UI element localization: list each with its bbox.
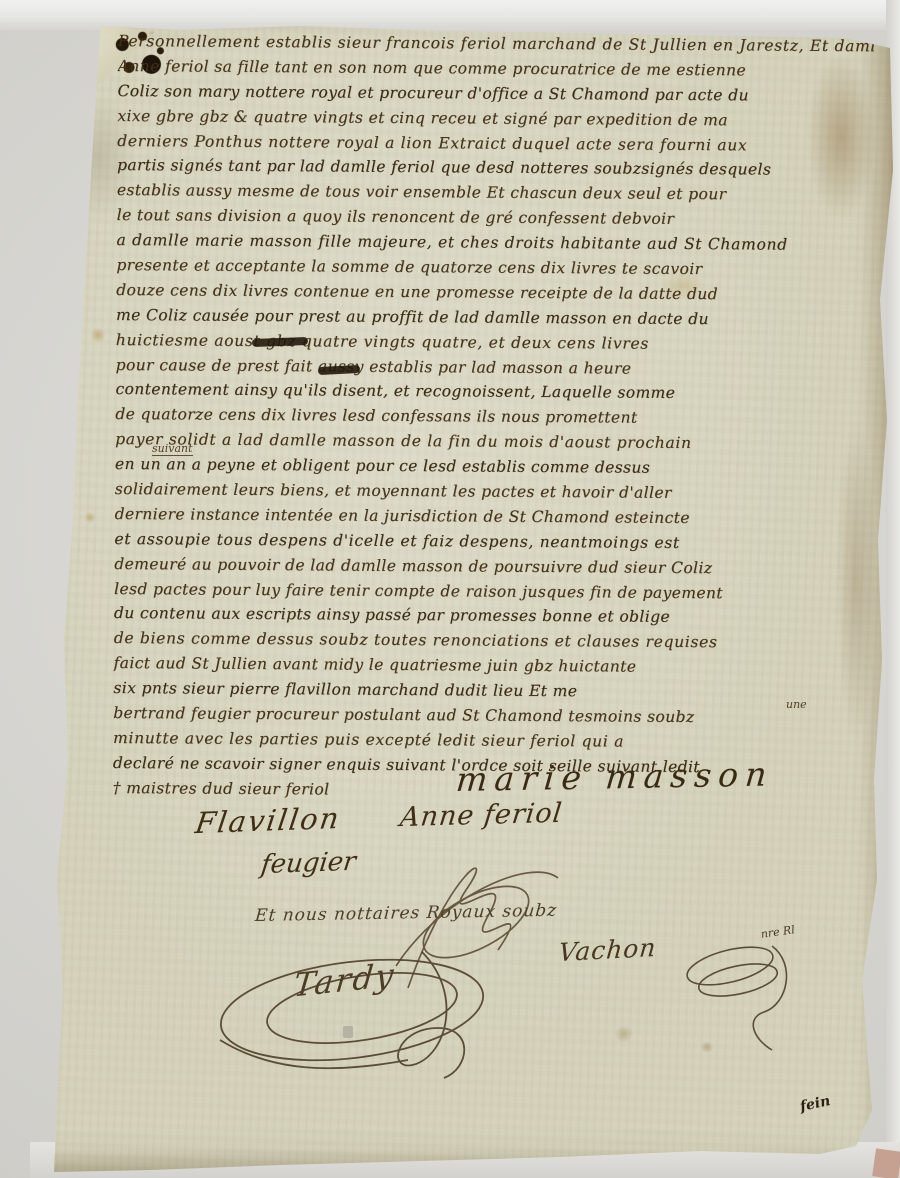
manuscript-page: † feriol suivant une Personnellement est… bbox=[0, 0, 900, 1178]
stain bbox=[614, 1026, 634, 1042]
vachon-paraph-flourish bbox=[676, 928, 826, 1058]
tissue-sheet-top bbox=[0, 0, 900, 30]
photo-backdrop: † feriol suivant une Personnellement est… bbox=[0, 0, 900, 1178]
signature-flavillon: Flavillon bbox=[193, 801, 343, 840]
backdrop-corner-patch bbox=[872, 1148, 900, 1178]
manuscript-text: Personnellement establis sieur francois … bbox=[113, 29, 874, 814]
corner-note-bottom-right: fein bbox=[799, 1093, 832, 1115]
signature-marie-masson: marie masson bbox=[455, 754, 776, 799]
stain bbox=[90, 328, 106, 342]
stain bbox=[84, 512, 96, 523]
tardy-paraph-flourish bbox=[212, 932, 502, 1082]
signature-feugier: feugier bbox=[259, 847, 357, 880]
signature-anne-feriol: Anne feriol bbox=[398, 798, 564, 833]
